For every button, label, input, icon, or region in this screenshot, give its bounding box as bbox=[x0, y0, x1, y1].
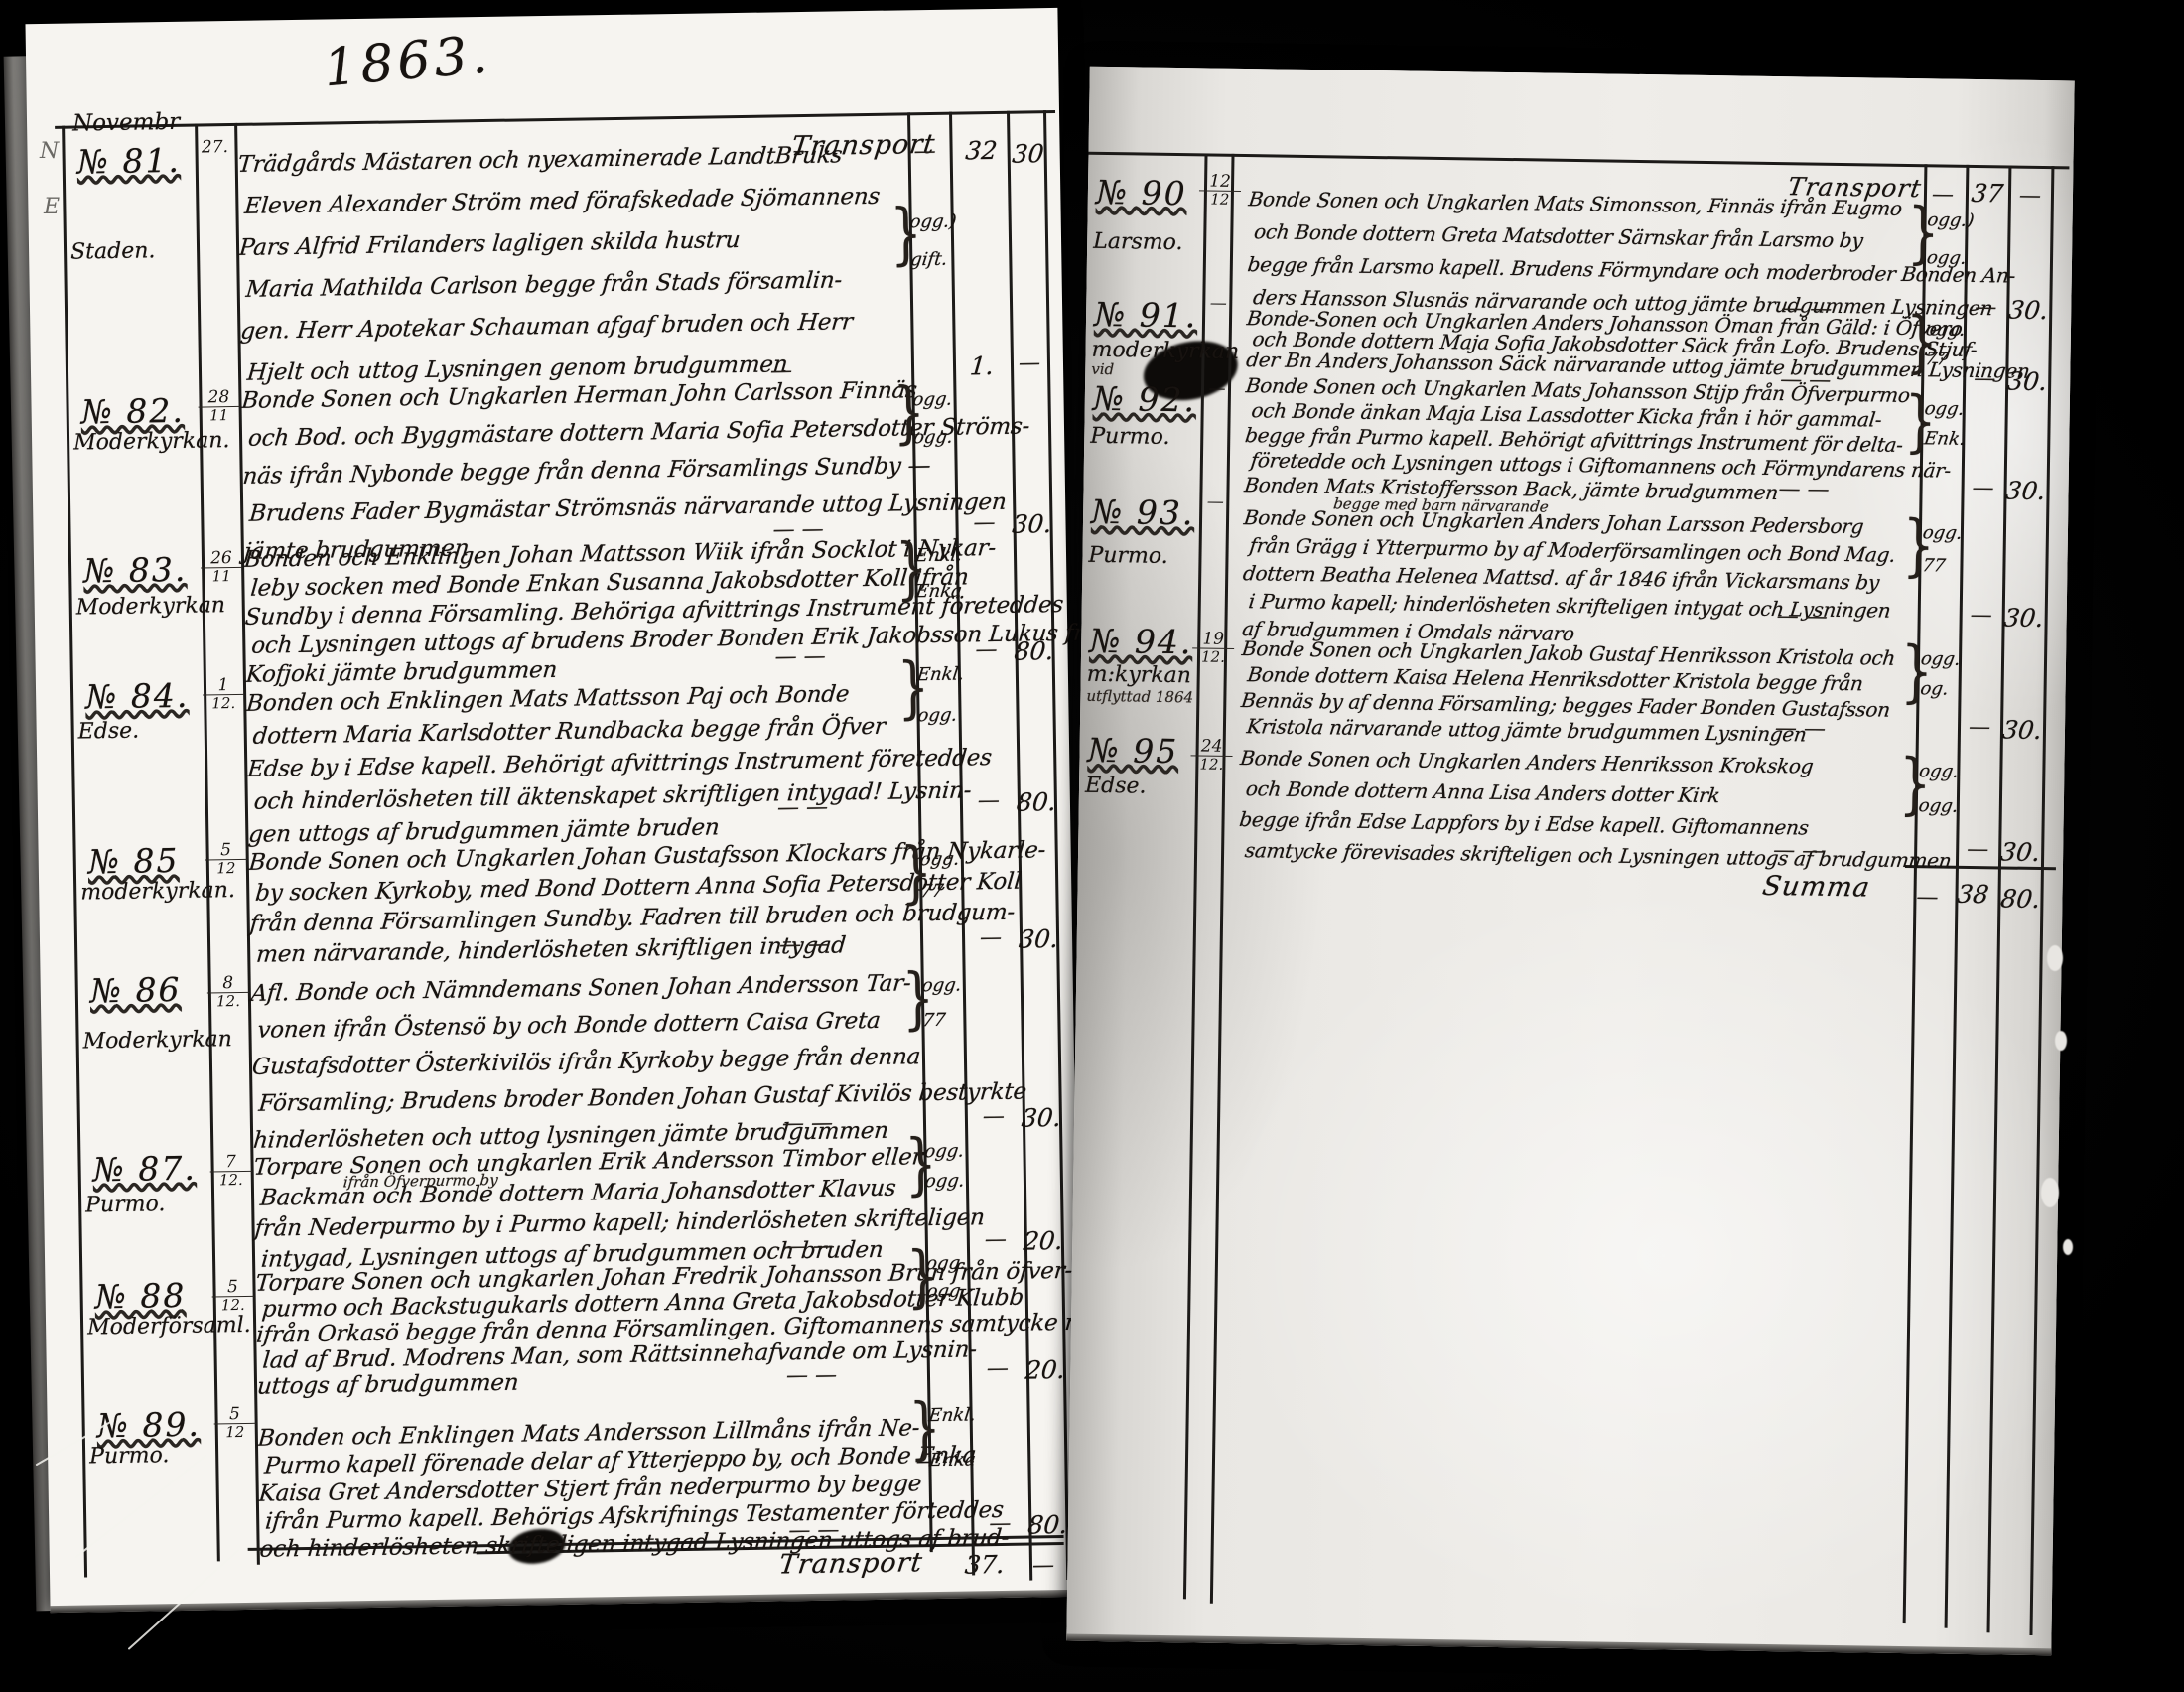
transport-forward-rubles: 32 bbox=[964, 136, 998, 166]
entry-date-month: 12. bbox=[207, 993, 249, 1011]
entry-date: 112. bbox=[203, 676, 245, 713]
entry-date: 712. bbox=[209, 1153, 252, 1190]
entry-date: — bbox=[1196, 379, 1238, 398]
fee-rubles: — bbox=[1966, 295, 2005, 321]
entry-parish: Purmo. bbox=[1090, 424, 1170, 450]
entry-date-month: 12. bbox=[212, 1297, 254, 1315]
entry-text-line: Gustafsdotter Österkivilös ifrån Kyrkoby… bbox=[251, 1044, 921, 1080]
entry-parish: Moderkyrkan bbox=[82, 1027, 232, 1054]
civil-status-note: Enka bbox=[928, 1449, 977, 1471]
cut-off-text-fragment: E bbox=[44, 195, 60, 219]
entry-date-day: — bbox=[1197, 294, 1239, 313]
right-page: Transport — 37 — Summa — 38 80. № 90Lars… bbox=[1066, 67, 2074, 1656]
fee-pennies: 30. bbox=[1018, 924, 1060, 954]
civil-status-note: gift. bbox=[909, 249, 949, 271]
entry-number: № 94. bbox=[1089, 622, 1193, 662]
entry-text-line: Bonden och Enklingen Mats Mattsson Paj o… bbox=[245, 681, 850, 717]
entry-date-month: 12. bbox=[210, 1172, 252, 1190]
entry-date-month: 12. bbox=[203, 695, 244, 713]
entry-number: № 93. bbox=[1091, 493, 1195, 533]
entry-text-line: begge från Larsmo kapell. Brudens Förmyn… bbox=[1246, 252, 2016, 287]
fee-rubles: — bbox=[958, 510, 1010, 536]
entry-text-line: Församling; Brudens broder Bonden Johan … bbox=[257, 1079, 1027, 1117]
civil-status-note: ogg. bbox=[1924, 319, 1967, 341]
entry-number: № 82. bbox=[80, 391, 185, 432]
fee-pennies: 30. bbox=[1021, 1103, 1063, 1133]
entry-date-day: — bbox=[1196, 379, 1238, 398]
civil-status-note: ogg. bbox=[912, 427, 954, 449]
brace-mark: } bbox=[906, 1237, 939, 1316]
fee-rubles: — bbox=[1962, 603, 2001, 629]
left-page: 1863. Transport — 32 30 Transport 37. — … bbox=[25, 8, 1082, 1613]
entry-date: 2412. bbox=[1190, 737, 1233, 774]
entry-number: № 90 bbox=[1096, 173, 1187, 212]
entry-date-month: 12 bbox=[214, 1424, 256, 1442]
entry-date-month: 12. bbox=[1190, 756, 1232, 774]
entry-date-month: 12 bbox=[205, 860, 247, 878]
entry-parish: Larsmo. bbox=[1093, 229, 1183, 255]
fee-row-dashes: — — bbox=[784, 1234, 835, 1260]
civil-status-note: ogg. bbox=[921, 975, 963, 997]
entry-date-day: 26 bbox=[201, 549, 242, 569]
fee-pennies: 30. bbox=[2004, 476, 2047, 505]
entry-parish: Staden. bbox=[70, 238, 156, 264]
entry-parish-note: utflyttad 1864 bbox=[1086, 687, 1193, 707]
entry-text-line: gen. Herr Apotekar Schauman afgaf bruden… bbox=[239, 309, 854, 345]
fee-row-dashes: — — bbox=[779, 932, 830, 958]
page-bottom-shadow bbox=[1066, 1634, 2051, 1656]
year-heading: 1863. bbox=[322, 25, 493, 98]
civil-status-note: Enk. bbox=[1923, 428, 1968, 450]
fee-pennies: 30. bbox=[2000, 715, 2043, 745]
entry-number: № 85 bbox=[87, 841, 179, 881]
entry-date: 1212 bbox=[1199, 172, 1242, 209]
entry-date-day: 12 bbox=[1199, 172, 1241, 192]
entry-date: 812. bbox=[207, 974, 250, 1011]
entry-parish: moderkyrkan. bbox=[80, 878, 235, 905]
entry-date-month: 11 bbox=[199, 407, 240, 425]
page-bottom-shadow bbox=[51, 1590, 1083, 1613]
torn-edge-speck bbox=[2055, 1031, 2067, 1051]
fee-rubles: — bbox=[968, 1104, 1020, 1130]
entry-date-month: 12 bbox=[1199, 191, 1241, 209]
transport-carry-rubles: 37. bbox=[964, 1550, 1006, 1580]
summa-dash: — bbox=[1916, 885, 1938, 910]
torn-edge-speck bbox=[2063, 1239, 2073, 1255]
summa-pennies: 80. bbox=[1999, 884, 2042, 914]
fee-rubles: — bbox=[960, 637, 1012, 663]
civil-status-note: ogg. bbox=[923, 1141, 965, 1163]
entry-date: 512. bbox=[211, 1278, 254, 1315]
transport-forward-rubles: 37 bbox=[1970, 179, 2004, 208]
header-rule bbox=[55, 110, 1055, 129]
fee-pennies: 80. bbox=[1016, 787, 1058, 817]
torn-edge-speck bbox=[2041, 1178, 2059, 1207]
entry-date: — bbox=[1194, 493, 1236, 511]
civil-status-note: ogg. bbox=[916, 705, 958, 727]
fee-row-dashes: — — bbox=[786, 1363, 837, 1389]
fee-pennies: 30. bbox=[2002, 603, 2045, 633]
civil-status-note: ogg. bbox=[1925, 247, 1968, 269]
entry-date: — bbox=[1197, 294, 1239, 313]
entry-date-month: 11 bbox=[201, 568, 242, 586]
fee-rubles: — bbox=[1958, 837, 1997, 863]
civil-status-note: ogg. bbox=[911, 389, 953, 411]
civil-status-note: 77 bbox=[921, 1010, 947, 1031]
entry-parish: Moderkyrkan bbox=[76, 593, 226, 620]
entry-date: 512 bbox=[213, 1405, 256, 1442]
civil-status-note: ogg. bbox=[924, 1171, 966, 1193]
civil-status-note: Enkl. bbox=[916, 663, 966, 685]
entry-parish: Moderkyrkan. bbox=[73, 428, 230, 455]
summa-rubles: 38 bbox=[1956, 880, 1990, 909]
entry-text-line: Maria Mathilda Carlson begge från Stads … bbox=[245, 267, 844, 302]
entry-text-line: Bonde Sonen och Ungkarlen Anders Henriks… bbox=[1239, 746, 1815, 778]
entry-date: 2811 bbox=[198, 388, 240, 425]
entry-text-line: och Bonde dottern Anna Lisa Anders dotte… bbox=[1245, 776, 1721, 807]
fee-rubles: — bbox=[1960, 715, 1999, 741]
fee-pennies: 80. bbox=[1013, 636, 1055, 666]
fee-pennies: 80. bbox=[1026, 1510, 1069, 1540]
entry-number: № 86 bbox=[89, 970, 181, 1010]
civil-status-note: og. bbox=[1919, 678, 1950, 699]
entry-number: № 91. bbox=[1094, 295, 1198, 336]
civil-status-note: ogg. bbox=[925, 1281, 967, 1303]
fee-rubles: — bbox=[970, 1227, 1022, 1253]
entry-number: № 88 bbox=[94, 1276, 186, 1316]
entry-text-line: vonen ifrån Östensö by och Bonde dottern… bbox=[256, 1008, 882, 1044]
civil-status-note: ogg.) bbox=[1926, 210, 1976, 231]
entry-parish: Moderförsaml. bbox=[87, 1313, 251, 1340]
entry-number: № 83. bbox=[83, 550, 188, 591]
civil-status-note: 77 bbox=[1921, 555, 1947, 576]
entry-text-line: Edse by i Edse kapell. Behörigt afvittri… bbox=[246, 745, 993, 782]
entry-date-day: 27. bbox=[194, 138, 235, 157]
fee-rubles: 1. bbox=[955, 352, 1010, 381]
fee-row-dashes: — — bbox=[777, 795, 828, 821]
fee-pennies: 30. bbox=[2005, 367, 2048, 397]
entry-text-line: uttogs af brudgummen bbox=[256, 1370, 520, 1400]
entry-number: № 95 bbox=[1087, 731, 1178, 771]
entry-text-line: Trädgårds Mästaren och nyexaminerade Lan… bbox=[237, 142, 844, 178]
fee-rubles: — bbox=[963, 788, 1015, 814]
fee-rubles: — bbox=[1963, 476, 2002, 501]
entry-text-line: och Bonde dottern Greta Matsdotter Särns… bbox=[1253, 219, 1864, 252]
entry-number: № 89. bbox=[96, 1405, 201, 1446]
torn-edge-speck bbox=[2047, 945, 2063, 971]
civil-status-note: 77 bbox=[1924, 349, 1950, 369]
civil-status-note: ogg. bbox=[1919, 648, 1962, 670]
entry-number: № 84. bbox=[85, 676, 190, 717]
entry-parish: Purmo. bbox=[85, 1192, 166, 1217]
civil-status-note: ogg. bbox=[1923, 398, 1966, 420]
entry-text-line: Kofjoki jämte brudgummen bbox=[245, 657, 559, 688]
entry-date-month: 12. bbox=[1192, 648, 1234, 666]
fee-pennies: 30. bbox=[2007, 296, 2050, 326]
entry-date: 2611 bbox=[201, 549, 243, 586]
fee-rubles: — bbox=[972, 1356, 1024, 1382]
entry-date-day: 8 bbox=[207, 974, 249, 994]
entry-date-day: 1 bbox=[203, 676, 244, 696]
entry-text-line: Bonde Sonen och Ungkarlen Anders Johan L… bbox=[1243, 505, 1865, 538]
civil-status-note: ogg. bbox=[919, 849, 961, 871]
entry-number: № 87. bbox=[92, 1149, 197, 1190]
entry-parish: Purmo. bbox=[1088, 543, 1168, 569]
entry-date: 1912. bbox=[1192, 630, 1235, 666]
entry-date: 512 bbox=[205, 841, 247, 878]
civil-status-note: 77 bbox=[919, 881, 945, 902]
entry-text-line: Brudens Fader Bygmästar Strömsnäs närvar… bbox=[248, 490, 1008, 527]
entry-text-line: begge ifrån Edse Lappfors by i Edse kape… bbox=[1238, 807, 1810, 839]
civil-status-note: Enkl. bbox=[927, 1404, 977, 1426]
entry-date-day: 7 bbox=[209, 1153, 251, 1173]
entry-text-line: dottern Maria Karlsdotter Rundbacka begg… bbox=[252, 714, 887, 750]
fee-row-dashes: — — bbox=[1775, 716, 1826, 742]
civil-status-note: ogg. bbox=[1918, 761, 1961, 782]
fee-row-dashes: — — bbox=[788, 1518, 839, 1544]
civil-status-note: Enka bbox=[914, 580, 963, 602]
fee-pennies: — bbox=[1010, 351, 1049, 376]
entry-parish-note: vid bbox=[1091, 360, 1114, 378]
entry-parish: Edse. bbox=[1085, 774, 1147, 799]
fee-pennies: 20. bbox=[1023, 1226, 1065, 1256]
fee-rubles: — bbox=[974, 1511, 1025, 1537]
entry-date-day: 28 bbox=[198, 388, 239, 408]
entry-date-day: 19 bbox=[1192, 630, 1234, 649]
fee-rubles: — bbox=[1965, 366, 2004, 392]
entry-date-day: — bbox=[1194, 493, 1236, 511]
summa-label: Summa bbox=[1760, 871, 1872, 904]
civil-status-note: Enkl. bbox=[914, 544, 964, 566]
entry-text-line: Eleven Alexander Ström med förafskedade … bbox=[243, 184, 881, 219]
fee-row-dashes: — — bbox=[774, 644, 825, 670]
transport-forward-pennies: — bbox=[2019, 184, 2041, 209]
entry-date-day: 5 bbox=[205, 841, 246, 861]
fee-row-dashes: — — bbox=[782, 1111, 833, 1137]
entry-date-day: 24 bbox=[1191, 737, 1233, 757]
civil-status-note: ogg. bbox=[1921, 522, 1964, 544]
fee-pennies: 20. bbox=[1024, 1355, 1067, 1385]
entry-interline-note: ifrån Öfverpurmo by bbox=[342, 1171, 498, 1191]
transport-carry-pennies: — bbox=[1032, 1553, 1054, 1578]
entry-date-day: 5 bbox=[211, 1278, 253, 1298]
fee-pennies: 30. bbox=[1998, 837, 2041, 867]
header-rule bbox=[1088, 152, 2069, 170]
entry-text-line: samtycke förevisades skrifteligen och Ly… bbox=[1244, 838, 1953, 873]
transport-forward-pennies: 30 bbox=[1011, 139, 1044, 169]
entry-text-line: Afl. Bonde och Nämndemans Sonen Johan An… bbox=[250, 970, 912, 1006]
entry-month: Novembr bbox=[72, 109, 181, 137]
cut-off-text-fragment: N bbox=[40, 139, 59, 164]
transport-forward-dash: — bbox=[913, 139, 935, 164]
entry-text-line: näs ifrån Nybonde begge från denna Försa… bbox=[242, 453, 932, 490]
fee-rubles: — bbox=[965, 925, 1017, 951]
entry-parish: Purmo. bbox=[89, 1443, 170, 1469]
fee-row-dashes: — — bbox=[1776, 604, 1827, 630]
civil-status-note: ogg. bbox=[925, 1253, 967, 1275]
scanned-register-spread: 1863. Transport — 32 30 Transport 37. — … bbox=[0, 0, 2184, 1692]
entry-date-day: 5 bbox=[213, 1405, 255, 1425]
entry-number: № 81. bbox=[76, 141, 181, 182]
column-rule bbox=[62, 126, 87, 1578]
entry-parish: m:kyrkan bbox=[1087, 662, 1192, 689]
entry-number: № 92. bbox=[1093, 379, 1197, 420]
entry-date: 27. bbox=[194, 138, 235, 157]
civil-status-note: ogg.) bbox=[908, 211, 957, 233]
entry-text-line: Pars Alfrid Frilanders lagligen skilda h… bbox=[238, 227, 742, 261]
entry-parish: Edse. bbox=[78, 719, 140, 745]
fee-row-dashes: — — bbox=[1773, 838, 1824, 864]
entry-text-line: och hinderlösheten till äktenskapet skri… bbox=[253, 777, 973, 814]
civil-status-note: ogg. bbox=[1917, 795, 1960, 817]
fee-pennies: 30. bbox=[1011, 509, 1053, 539]
entry-text-line: men närvarande, hinderlösheten skriftlig… bbox=[255, 932, 847, 967]
fee-row-dashes: — — bbox=[1778, 477, 1829, 502]
